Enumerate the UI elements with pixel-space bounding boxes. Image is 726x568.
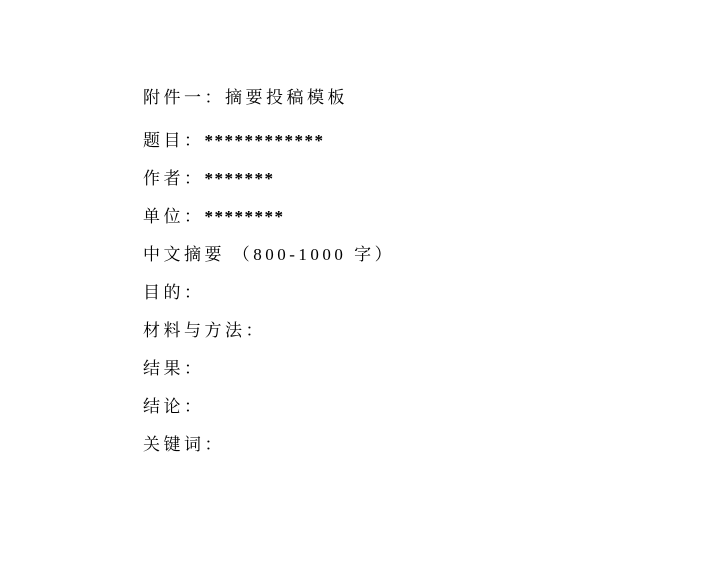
line-affiliation: 单位：******** bbox=[143, 198, 686, 236]
line-abstract-heading: 中文摘要 （800-1000 字） bbox=[143, 236, 686, 274]
author-label: 作者： bbox=[143, 169, 205, 188]
line-author: 作者：******* bbox=[143, 160, 686, 198]
title-label: 题目： bbox=[143, 131, 205, 150]
line-title: 题目：************ bbox=[143, 122, 686, 160]
line-methods: 材料与方法： bbox=[143, 312, 686, 350]
keywords-label: 关键词： bbox=[143, 435, 225, 454]
affiliation-placeholder-asterisks: ******** bbox=[205, 207, 285, 226]
line-keywords: 关键词： bbox=[143, 426, 686, 464]
methods-label: 材料与方法： bbox=[143, 321, 266, 340]
line-attachment-heading: 附件一：摘要投稿模板 bbox=[143, 79, 686, 117]
conclusion-label: 结论： bbox=[143, 397, 205, 416]
author-placeholder-asterisks: ******* bbox=[205, 169, 275, 188]
document-content: 附件一：摘要投稿模板 题目：************ 作者：******* 单位… bbox=[143, 79, 686, 464]
objective-label: 目的： bbox=[143, 283, 205, 302]
attachment-heading-text: 附件一：摘要投稿模板 bbox=[143, 88, 348, 107]
title-placeholder-asterisks: ************ bbox=[205, 131, 325, 150]
line-conclusion: 结论： bbox=[143, 388, 686, 426]
line-objective: 目的： bbox=[143, 274, 686, 312]
affiliation-label: 单位： bbox=[143, 207, 205, 226]
abstract-heading-text: 中文摘要 （800-1000 字） bbox=[143, 245, 395, 264]
document-page: 附件一：摘要投稿模板 题目：************ 作者：******* 单位… bbox=[0, 0, 726, 568]
results-label: 结果： bbox=[143, 359, 205, 378]
line-results: 结果： bbox=[143, 350, 686, 388]
